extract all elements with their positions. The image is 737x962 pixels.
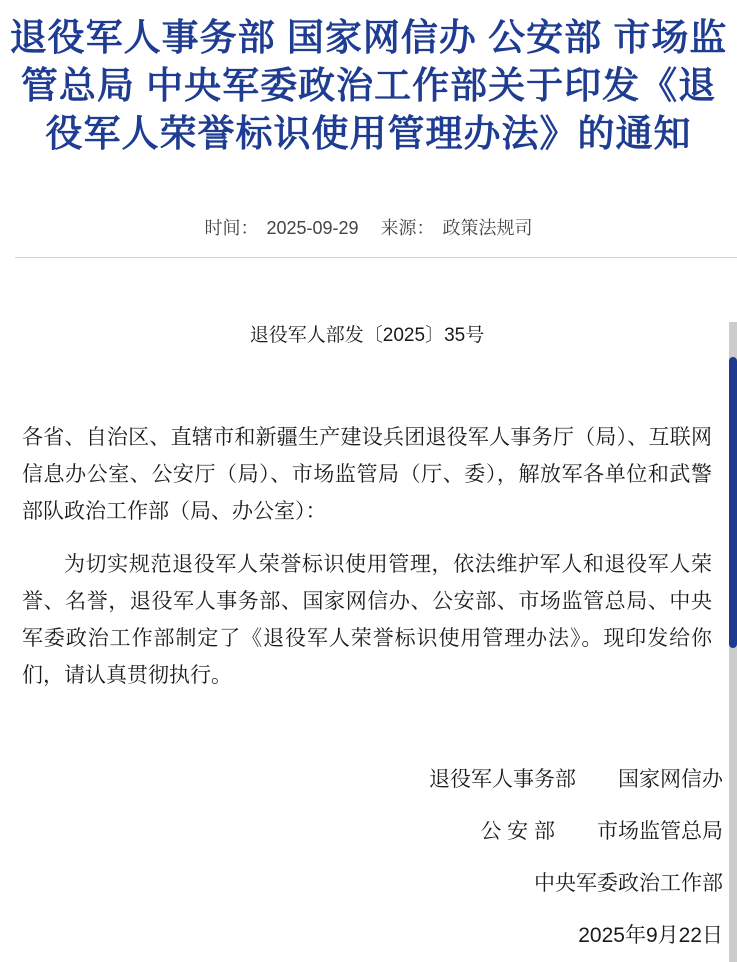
divider: [15, 257, 737, 258]
article-page: 退役军人事务部 国家网信办 公安部 市场监管总局 中央军委政治工作部关于印发《退…: [0, 0, 737, 962]
signature-line-2: 公 安 部 市场监管总局: [22, 813, 723, 850]
scrollbar-track[interactable]: [729, 322, 737, 962]
page-title: 退役军人事务部 国家网信办 公安部 市场监管总局 中央军委政治工作部关于印发《退…: [0, 14, 737, 158]
meta-source-label: 来源：: [381, 218, 435, 238]
paragraph-body: 为切实规范退役军人荣誉标识使用管理，依法维护军人和退役军人荣誉、名誉，退役军人事…: [22, 546, 712, 694]
paragraph-salutation: 各省、自治区、直辖市和新疆生产建设兵团退役军人事务厅（局）、互联网信息办公室、公…: [22, 419, 712, 530]
article-meta: 时间：2025-09-29来源：政策法规司: [0, 216, 737, 240]
meta-time-value: 2025-09-29: [266, 218, 358, 238]
signature-line-1: 退役军人事务部 国家网信办: [22, 761, 723, 798]
signature-line-3: 中央军委政治工作部: [22, 865, 723, 902]
meta-source-value: 政策法规司: [443, 218, 533, 238]
meta-time-label: 时间：: [204, 218, 258, 238]
signature-date: 2025年9月22日: [22, 917, 723, 954]
scrollbar-thumb[interactable]: [729, 357, 737, 648]
document-scroll-area[interactable]: 退役军人部发〔2025〕35号 各省、自治区、直辖市和新疆生产建设兵团退役军人事…: [0, 311, 729, 962]
signature-block: 退役军人事务部 国家网信办 公 安 部 市场监管总局 中央军委政治工作部 202…: [22, 761, 723, 954]
doc-number: 退役军人部发〔2025〕35号: [22, 323, 712, 349]
